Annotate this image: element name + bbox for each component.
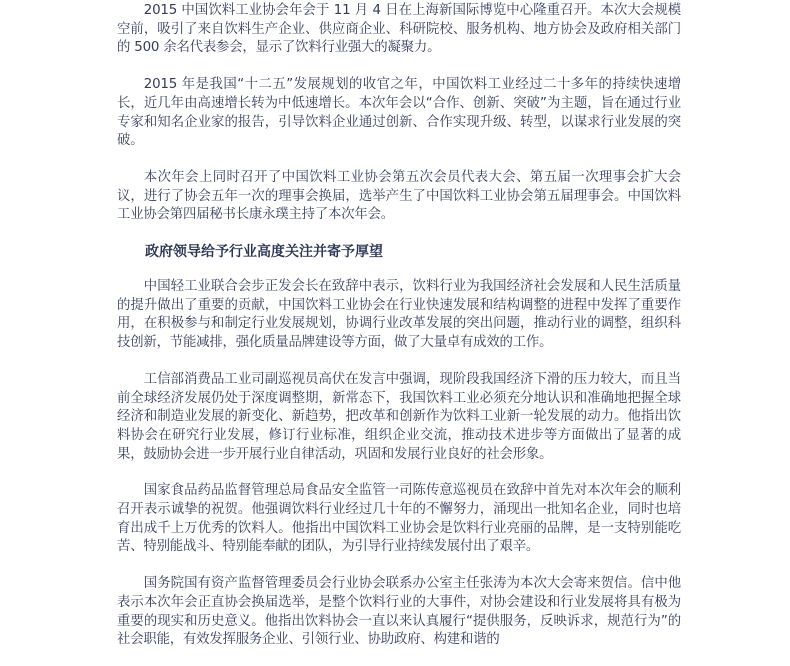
article-body: 2015 中国饮料工业协会年会于 11 月 4 日在上海新国际博览中心隆重召开。… (117, 2, 681, 666)
paragraph-theme: 2015 年是我国“十二五”发展规划的收官之年，中国饮料工业经过二十多年的持续快… (117, 76, 681, 151)
paragraph-intro: 2015 中国饮料工业协会年会于 11 月 4 日在上海新国际博览中心隆重召开。… (117, 2, 681, 58)
paragraph-council: 本次年会上同时召开了中国饮料工业协会第五次会员代表大会、第五届一次理事会扩大会议… (117, 169, 681, 225)
paragraph-sasac: 国务院国有资产监督管理委员会行业协会联系办公室主任张涛为本次大会寄来贺信。信中他… (117, 575, 681, 650)
paragraph-light-industry: 中国轻工业联合会步正发会长在致辞中表示，饮料行业为我国经济社会发展和人民生活质量… (117, 278, 681, 353)
section-heading: 政府领导给予行业高度关注并寄予厚望 (117, 243, 681, 262)
paragraph-miit: 工信部消费品工业司副巡视员高伏在发言中强调，现阶段我国经济下滑的压力较大，而且当… (117, 371, 681, 465)
paragraph-cfda: 国家食品药品监督管理总局食品安全监管一司陈传意巡视员在致辞中首先对本次年会的顺利… (117, 482, 681, 557)
